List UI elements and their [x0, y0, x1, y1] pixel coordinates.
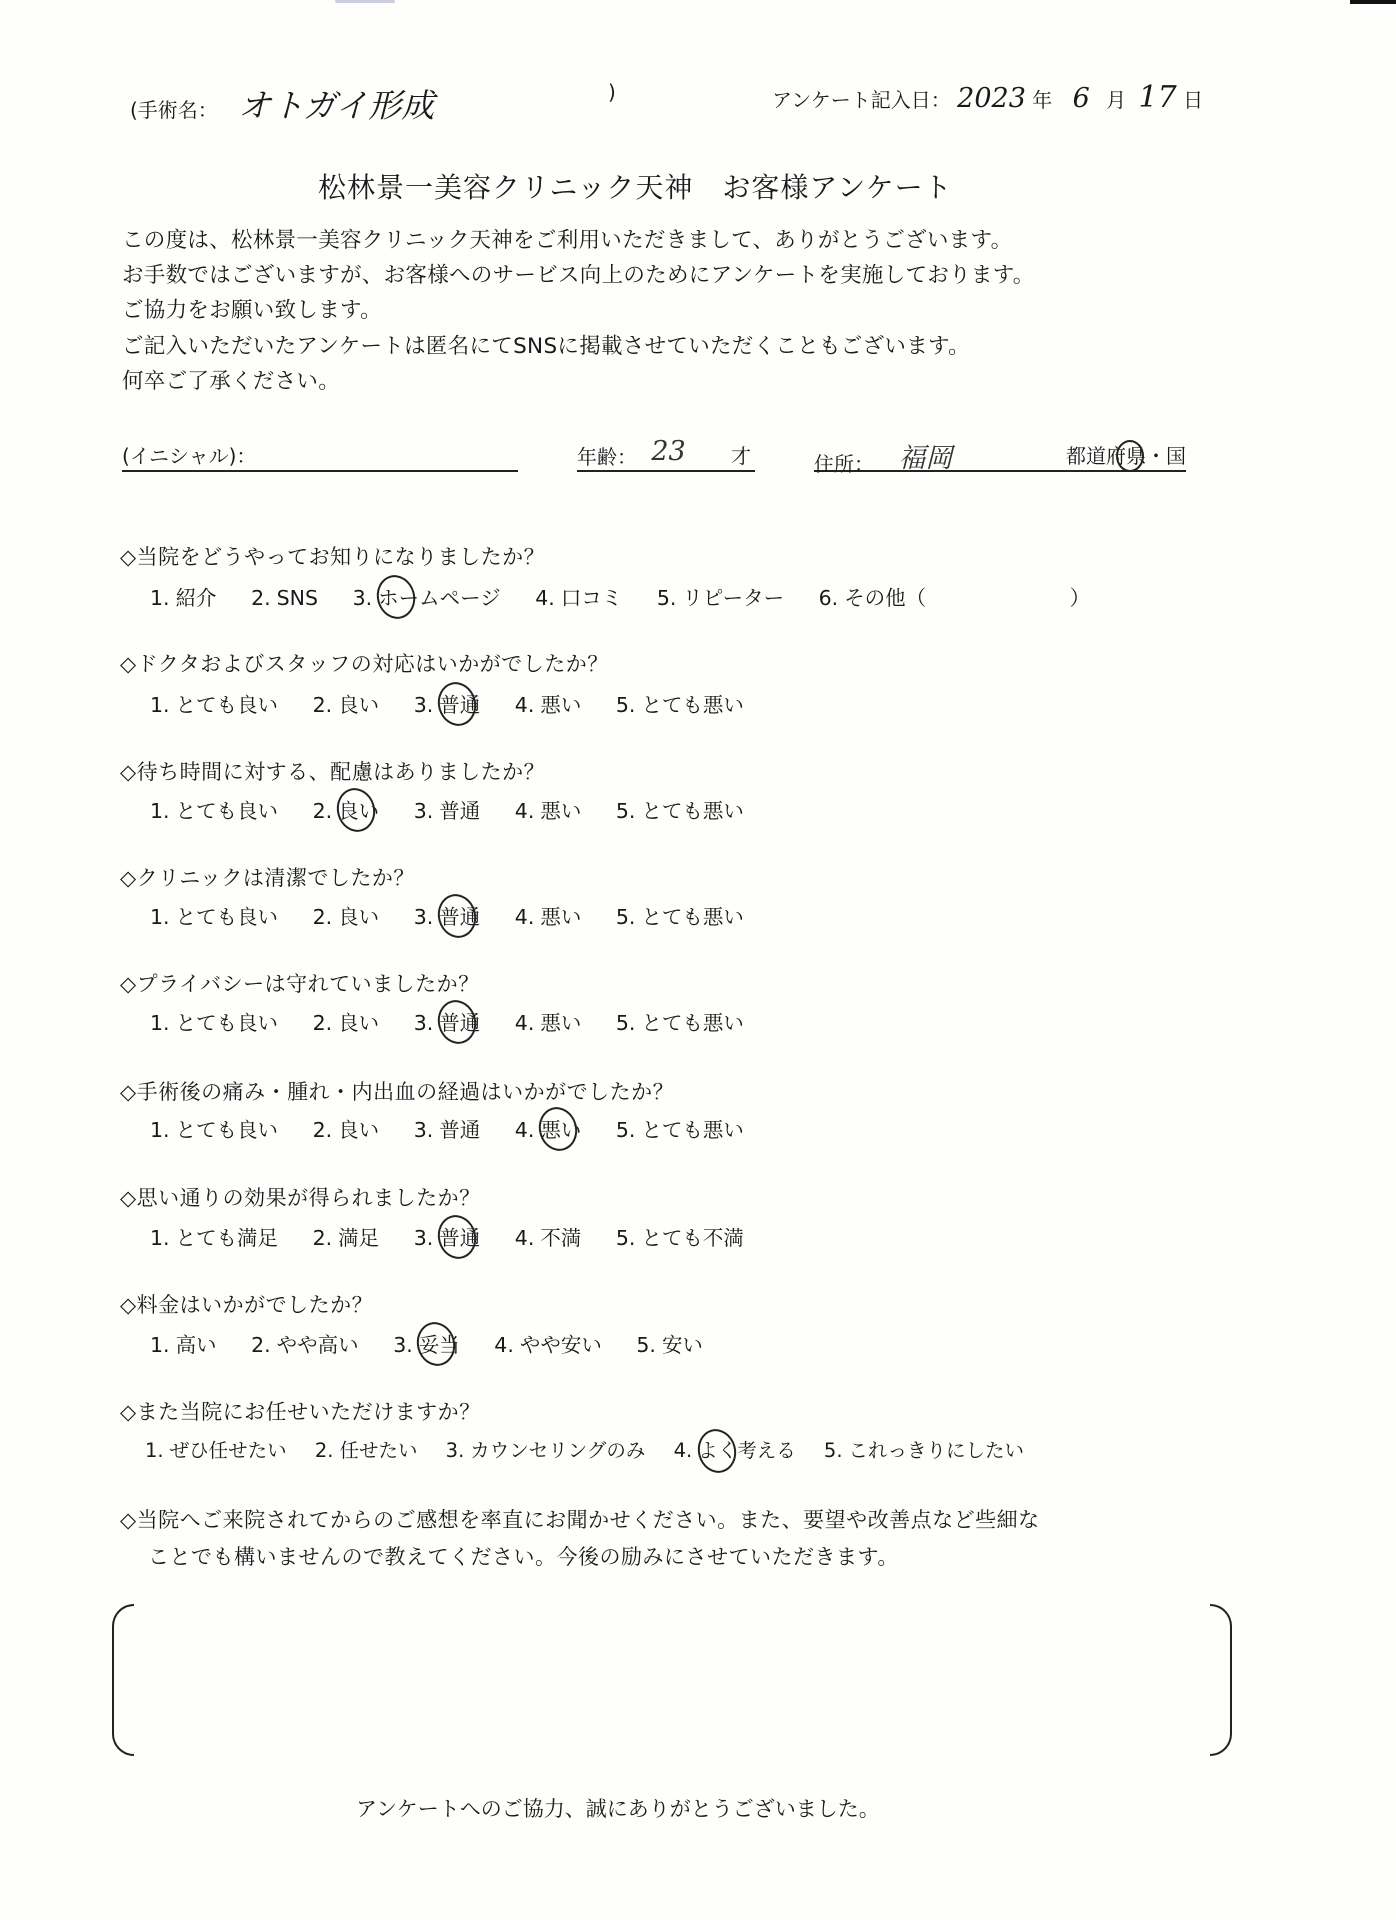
q2-option-4[interactable]: 4.悪い — [515, 688, 582, 718]
intro-line-1: この度は、松林景一美容クリニック天神をご利用いただきまして、ありがとうございます… — [122, 223, 1012, 254]
q3-option-2[interactable]: 2.良い — [313, 794, 380, 824]
q6-option-3[interactable]: 3.普通 — [414, 1113, 481, 1143]
q5-option-5[interactable]: 5.とても悪い — [616, 1006, 744, 1036]
comment-bracket-left — [112, 1604, 134, 1756]
q6-option-5[interactable]: 5.とても悪い — [616, 1113, 744, 1143]
q4-option-3[interactable]: 3.普通 — [414, 900, 481, 930]
question-2-options: 1.とても良い 2.良い 3.普通 4.悪い 5.とても悪い — [150, 688, 772, 718]
q8-option-2[interactable]: 2.やや高い — [251, 1328, 359, 1358]
q9-option-5[interactable]: 5.これっきりにしたい — [824, 1435, 1024, 1463]
surgery-name-label: (手術名： — [130, 98, 218, 122]
question-5-text: ◇プライバシーは守れていましたか？ — [120, 968, 480, 998]
question-6-text: ◇手術後の痛み・腫れ・内出血の経過はいかがでしたか？ — [120, 1076, 674, 1106]
intro-line-4: ご記入いただいたアンケートは匿名にてSNSに掲載させていただくこともございます。 — [122, 329, 970, 360]
q1-option-5[interactable]: 5.リピーター — [657, 581, 784, 611]
question-3-options: 1.とても良い 2.良い 3.普通 4.悪い 5.とても悪い — [150, 794, 772, 824]
date-label: アンケート記入日： — [772, 88, 951, 112]
q8-option-4[interactable]: 4.やや安い — [494, 1328, 602, 1358]
intro-line-5: 何卒ご了承ください。 — [122, 364, 340, 395]
q5-option-4[interactable]: 4.悪い — [515, 1006, 582, 1036]
surgery-name-close: ) — [608, 80, 616, 104]
feedback-prompt-line-2: ことでも構いませんので教えてください。今後の励みにさせていただきます。 — [148, 1541, 899, 1571]
closing-thanks: アンケートへのご協力、誠にありがとうございました。 — [356, 1793, 880, 1823]
q1-option-6[interactable]: 6.その他（ ） — [819, 581, 1091, 611]
question-8-options: 1.高い 2.やや高い 3.妥当 4.やや安い 5.安い — [150, 1328, 731, 1358]
q8-option-3[interactable]: 3.妥当 — [393, 1328, 460, 1358]
age-value[interactable]: 23 — [651, 436, 685, 467]
q2-option-2[interactable]: 2.良い — [313, 688, 380, 718]
question-7-options: 1.とても満足 2.満足 3.普通 4.不満 5.とても不満 — [150, 1221, 772, 1251]
q6-option-4[interactable]: 4.悪い — [515, 1113, 582, 1143]
q9-option-1[interactable]: 1.ぜひ任せたい — [145, 1435, 287, 1463]
q3-option-5[interactable]: 5.とても悪い — [616, 794, 744, 824]
survey-date-field: アンケート記入日： 2023 年 6 月 17 日 — [772, 80, 1203, 115]
year-unit: 年 — [1032, 88, 1052, 112]
day-unit: 日 — [1183, 88, 1203, 112]
q7-option-2[interactable]: 2.満足 — [313, 1221, 380, 1251]
address-value[interactable]: 福岡 — [898, 436, 952, 475]
q6-option-2[interactable]: 2.良い — [313, 1113, 380, 1143]
q1-option-2[interactable]: 2.SNS — [251, 586, 318, 610]
address-label: 住所： — [814, 448, 874, 477]
q1-option-1[interactable]: 1.紹介 — [150, 581, 217, 611]
q4-option-1[interactable]: 1.とても良い — [150, 900, 278, 930]
q7-option-5[interactable]: 5.とても不満 — [616, 1221, 744, 1251]
q8-option-1[interactable]: 1.高い — [150, 1328, 217, 1358]
initial-label: (イニシャル)： — [122, 440, 256, 469]
q7-option-4[interactable]: 4.不満 — [515, 1221, 582, 1251]
intro-line-2: お手数ではございますが、お客様へのサービス向上のためにアンケートを実施しておりま… — [122, 258, 1035, 289]
intro-line-3: ご協力をお願い致します。 — [122, 293, 382, 324]
surgery-name-value[interactable]: オトガイ形成 — [238, 86, 434, 125]
question-1-options: 1.紹介 2.SNS 3.ホームページ 4.口コミ 5.リピーター 6.その他（… — [150, 581, 1118, 611]
q8-option-5[interactable]: 5.安い — [636, 1328, 703, 1358]
q1-option-4[interactable]: 4.口コミ — [535, 581, 622, 611]
question-3-text: ◇待ち時間に対する、配慮はありましたか？ — [120, 756, 545, 786]
page-title: 松林景一美容クリニック天神 お客様アンケート — [318, 166, 953, 206]
q5-option-2[interactable]: 2.良い — [313, 1006, 380, 1036]
feedback-prompt-line-1: ◇当院へご来院されてからのご感想を率直にお聞かせください。また、要望や改善点など… — [120, 1504, 1040, 1534]
q2-option-3[interactable]: 3.普通 — [414, 688, 481, 718]
scan-smudge — [335, 0, 395, 3]
question-5-options: 1.とても良い 2.良い 3.普通 4.悪い 5.とても悪い — [150, 1006, 772, 1036]
date-month-value[interactable]: 6 — [1073, 83, 1090, 114]
q2-option-5[interactable]: 5.とても悪い — [616, 688, 744, 718]
question-4-text: ◇クリニックは清潔でしたか？ — [120, 862, 415, 892]
address-field[interactable]: 住所： 福岡 都道府県・国 — [814, 440, 1186, 472]
question-6-options: 1.とても良い 2.良い 3.普通 4.悪い 5.とても悪い — [150, 1113, 772, 1143]
scan-edge-mark — [1350, 0, 1396, 4]
question-8-text: ◇料金はいかがでしたか？ — [120, 1289, 373, 1319]
age-label: 年齢： — [577, 441, 637, 470]
initial-field[interactable]: (イニシャル)： — [122, 440, 518, 472]
question-9-text: ◇また当院にお任せいただけますか？ — [120, 1396, 481, 1426]
feedback-comment-area[interactable] — [134, 1604, 1210, 1752]
q3-option-1[interactable]: 1.とても良い — [150, 794, 278, 824]
q9-option-2[interactable]: 2.任せたい — [315, 1435, 418, 1463]
q5-option-1[interactable]: 1.とても良い — [150, 1006, 278, 1036]
prefecture-circle-mark — [1116, 440, 1144, 472]
q5-option-3[interactable]: 3.普通 — [414, 1006, 481, 1036]
age-field[interactable]: 年齢： 23 才 — [577, 440, 755, 472]
q7-option-1[interactable]: 1.とても満足 — [150, 1221, 278, 1251]
q6-option-1[interactable]: 1.とても良い — [150, 1113, 278, 1143]
q7-option-3[interactable]: 3.普通 — [414, 1221, 481, 1251]
q9-option-4[interactable]: 4.よく考える — [674, 1435, 796, 1463]
question-1-text: ◇当院をどうやってお知りになりましたか？ — [120, 541, 545, 571]
question-9-options: 1.ぜひ任せたい 2.任せたい 3.カウンセリングのみ 4.よく考える 5.これ… — [145, 1435, 1052, 1463]
q9-option-3[interactable]: 3.カウンセリングのみ — [446, 1435, 646, 1463]
q4-option-2[interactable]: 2.良い — [313, 900, 380, 930]
date-year-value[interactable]: 2023 — [957, 83, 1026, 114]
q3-option-4[interactable]: 4.悪い — [515, 794, 582, 824]
q1-option-3[interactable]: 3.ホームページ — [353, 581, 501, 611]
question-7-text: ◇思い通りの効果が得られましたか？ — [120, 1182, 481, 1212]
comment-bracket-right — [1210, 1604, 1232, 1756]
question-2-text: ◇ドクタおよびスタッフの対応はいかがでしたか？ — [120, 648, 609, 678]
q4-option-4[interactable]: 4.悪い — [515, 900, 582, 930]
q4-option-5[interactable]: 5.とても悪い — [616, 900, 744, 930]
month-unit: 月 — [1106, 88, 1126, 112]
surgery-name-field[interactable]: (手術名： オトガイ形成 ) — [130, 80, 434, 127]
date-day-value[interactable]: 17 — [1139, 80, 1177, 115]
q3-option-3[interactable]: 3.普通 — [414, 794, 481, 824]
q2-option-1[interactable]: 1.とても良い — [150, 688, 278, 718]
age-unit: 才 — [731, 440, 751, 469]
question-4-options: 1.とても良い 2.良い 3.普通 4.悪い 5.とても悪い — [150, 900, 772, 930]
